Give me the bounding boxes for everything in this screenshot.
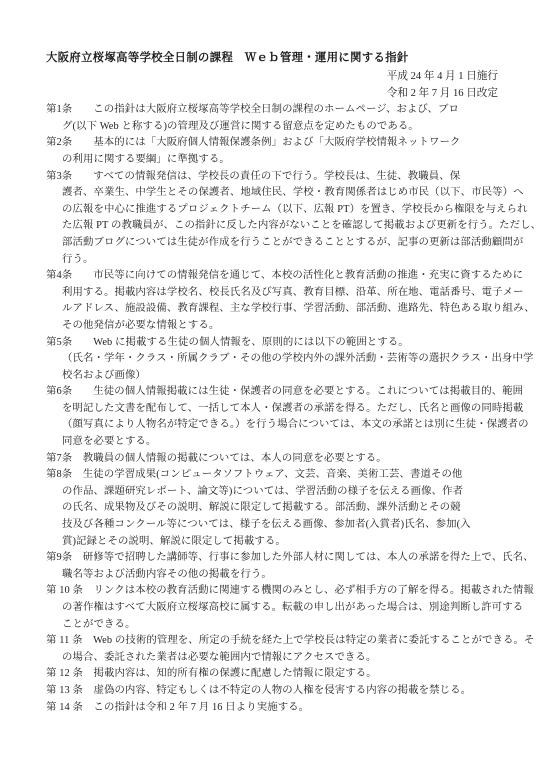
body-line-text: を明記した文書を配布して、一括して本人・保護者の承諾を得る。ただし、氏名と画像の… xyxy=(62,403,523,414)
body-line-text: 職名等および活動内容その他の掲載を行う。 xyxy=(62,569,272,580)
body-line: 第1条 この指針は大阪府立桜塚高等学校全日制の課程のホームページ、および、ブロ xyxy=(46,102,516,119)
body-line-text: 同意を必要とする。 xyxy=(62,436,156,447)
body-line-text: の場合、委託された業者は必要な範囲内で情報にアクセスできる。 xyxy=(62,652,376,663)
body-line-text: 第5条 Web に掲載する生徒の個人情報を、原則的には以下の範囲とする。 xyxy=(46,337,409,348)
body-line: 第 11 条 Web の技術的管理を、所定の手続を経た上で学校長は特定の業者に委… xyxy=(46,633,516,650)
enacted-date: 平成 24 年 4 月 1 日施行 xyxy=(46,69,498,86)
body-line: 第8条 生徒の学習成果(コンピュータソフトウェア、文芸、音楽、美術工芸、書道その… xyxy=(46,467,516,484)
body-line-text: の作品、課題研究レポート、論文等)については、学習活動の様子を伝える画像、作者 xyxy=(62,486,463,497)
body-line: （氏名・学年・クラス・所属クラブ・その他の学校内外の課外活動・芸術等の選択クラス… xyxy=(46,351,516,368)
body-line: 職名等および活動内容その他の掲載を行う。 xyxy=(46,567,516,584)
body-line-text: グ(以下 Web と称する)の管理及び運営に関する留意点を定めたものである。 xyxy=(62,121,419,132)
body-line-text: 部活動ブログについては生徒が作成を行うことができることとするが、記事の更新は部活… xyxy=(62,237,523,248)
body-line: ことができる。 xyxy=(46,617,516,634)
body-line: 同意を必要とする。 xyxy=(46,434,516,451)
body-line-text: 第7条 教職員の個人情報の掲載については、本人の同意を必要とする。 xyxy=(46,453,387,464)
body-line-text: の利用に関する要綱」に準拠する。 xyxy=(62,154,230,165)
body-line: 第2条 基本的には「大阪府個人情報保護条例」および「大阪府学校情報ネットワーク xyxy=(46,135,516,152)
body-line-text: 第6条 生徒の個人情報掲載には生徒・保護者の同意を必要とする。これについては掲載… xyxy=(46,386,523,397)
body-line: の著作権はすべて大阪府立桜塚高校に属する。転載の申し出があった場合は、別途判断し… xyxy=(46,600,516,617)
document-page: 大阪府立桜塚高等学校全日制の課程 Ｗｅｂ管理・運用に関する指針 平成 24 年 … xyxy=(0,0,543,768)
body-line: グ(以下 Web と称する)の管理及び運営に関する留意点を定めたものである。 xyxy=(46,119,516,136)
body-line-text: の著作権はすべて大阪府立桜塚高校に属する。転載の申し出があった場合は、別途判断し… xyxy=(62,602,523,613)
body-line-text: ことができる。 xyxy=(62,619,135,630)
body-line-text: の氏名、成果物及びその説明、解説に限定して掲載する。部活動、課外活動とその競 xyxy=(62,502,461,513)
body-line: の作品、課題研究レポート、論文等)については、学習活動の様子を伝える画像、作者 xyxy=(46,484,516,501)
body-line: 護者、卒業生、中学生とその保護者、地域住民、学校・教育関係者はじめ市民（以下、市… xyxy=(46,185,516,202)
body-line: 第7条 教職員の個人情報の掲載については、本人の同意を必要とする。 xyxy=(46,451,516,468)
body-line-text: 第 12 条 掲載内容は、知的所有権の保護に配慮した情報に限定する。 xyxy=(46,668,377,679)
body-line: 第5条 Web に掲載する生徒の個人情報を、原則的には以下の範囲とする。 xyxy=(46,335,516,352)
body-line-text: （顔写真により人物名が特定できる。）を行う場合については、本文の承諾とは別に生徒… xyxy=(62,419,529,430)
body-line-text: た広報 PT の教職員が、この指針に反した内容がないことを確認して掲載および更新… xyxy=(62,220,541,231)
body-line: 校名および画像） xyxy=(46,368,516,385)
body-line: 技及び各種コンクール等については、様子を伝える画像、参加者(入賞者)氏名、参加(… xyxy=(46,517,516,534)
body-line-text: 賞)記録とその説明、解説に限定して掲載する。 xyxy=(62,536,286,547)
body-line: 部活動ブログについては生徒が作成を行うことができることとするが、記事の更新は部活… xyxy=(46,235,516,252)
body-line: 第 12 条 掲載内容は、知的所有権の保護に配慮した情報に限定する。 xyxy=(46,666,516,683)
body-line-text: 第 13 条 虚偽の内容、特定もしくは不特定の人物の人権を侵害する内容の掲載を禁… xyxy=(46,685,471,696)
body-line-text: （氏名・学年・クラス・所属クラブ・その他の学校内外の課外活動・芸術等の選択クラス… xyxy=(62,353,533,364)
body-line-text: 第 11 条 Web の技術的管理を、所定の手続を経た上で学校長は特定の業者に委… xyxy=(46,635,534,646)
body-line-text: 第3条 すべての情報発信は、学校長の責任の下で行う。学校長は、生徒、教職員、保 xyxy=(46,171,460,182)
body-line-text: その他発信が必要な情報とする。 xyxy=(62,320,219,331)
body-line-text: 護者、卒業生、中学生とその保護者、地域住民、学校・教育関係者はじめ市民（以下、市… xyxy=(62,187,524,198)
body-line-text: 第2条 基本的には「大阪府個人情報保護条例」および「大阪府学校情報ネットワーク xyxy=(46,137,460,148)
date-block: 平成 24 年 4 月 1 日施行 令和 2 年 7 月 16 日改定 xyxy=(46,69,516,102)
body-line-text: 第1条 この指針は大阪府立桜塚高等学校全日制の課程のホームページ、および、ブロ xyxy=(46,104,459,115)
body-line-text: 第 14 条 この指針は令和 2 年 7 月 16 日より実施する。 xyxy=(46,702,309,713)
body-line-text: 技及び各種コンクール等については、様子を伝える画像、参加者(入賞者)氏名、参加(… xyxy=(62,519,471,530)
body-line: 第6条 生徒の個人情報掲載には生徒・保護者の同意を必要とする。これについては掲載… xyxy=(46,384,516,401)
body-line: の氏名、成果物及びその説明、解説に限定して掲載する。部活動、課外活動とその競 xyxy=(46,500,516,517)
body-line: を明記した文書を配布して、一括して本人・保護者の承諾を得る。ただし、氏名と画像の… xyxy=(46,401,516,418)
body-line: 第 14 条 この指針は令和 2 年 7 月 16 日より実施する。 xyxy=(46,700,516,717)
body-line: 第9条 研修等で招聘した講師等、行事に参加した外部人材に関しては、本人の承諾を得… xyxy=(46,550,516,567)
body-line: （顔写真により人物名が特定できる。）を行う場合については、本文の承諾とは別に生徒… xyxy=(46,417,516,434)
body-line-text: 第4条 市民等に向けての情報発信を通じて、本校の活性化と教育活動の推進・充実に資… xyxy=(46,270,523,281)
body-line: 賞)記録とその説明、解説に限定して掲載する。 xyxy=(46,534,516,551)
body-line: その他発信が必要な情報とする。 xyxy=(46,318,516,335)
revised-date: 令和 2 年 7 月 16 日改定 xyxy=(46,86,498,103)
body-line: 第 10 条 リンクは本校の教育活動に関連する機関のみとし、必ず相手方の了解を得… xyxy=(46,583,516,600)
body-line-text: 第9条 研修等で招聘した講師等、行事に参加した外部人材に関しては、本人の承諾を得… xyxy=(46,552,534,563)
body-line: 第3条 すべての情報発信は、学校長の責任の下で行う。学校長は、生徒、教職員、保 xyxy=(46,169,516,186)
body-line-text: 第8条 生徒の学習成果(コンピュータソフトウェア、文芸、音楽、美術工芸、書道その… xyxy=(46,469,462,480)
document-body: 第1条 この指針は大阪府立桜塚高等学校全日制の課程のホームページ、および、ブログ… xyxy=(46,102,516,716)
body-line-text: ルアドレス、施設設備、教育課程、主な学校行事、学習活動、部活動、進路先、特色ある… xyxy=(62,303,535,314)
body-line: の利用に関する要綱」に準拠する。 xyxy=(46,152,516,169)
document-title: 大阪府立桜塚高等学校全日制の課程 Ｗｅｂ管理・運用に関する指針 xyxy=(46,50,516,67)
body-line: 利用する。掲載内容は学校名、校長氏名及び写真、教育目標、沿革、所在地、電話番号、… xyxy=(46,285,516,302)
body-line: 第 13 条 虚偽の内容、特定もしくは不特定の人物の人権を侵害する内容の掲載を禁… xyxy=(46,683,516,700)
body-line: ルアドレス、施設設備、教育課程、主な学校行事、学習活動、部活動、進路先、特色ある… xyxy=(46,301,516,318)
body-line-text: 利用する。掲載内容は学校名、校長氏名及び写真、教育目標、沿革、所在地、電話番号、… xyxy=(62,287,524,298)
body-line: 行う。 xyxy=(46,252,516,269)
body-line: の場合、委託された業者は必要な範囲内で情報にアクセスできる。 xyxy=(46,650,516,667)
body-line: の広報を中心に推進するプロジェクトチーム（以下、広報 PT）を置き、学校長から権… xyxy=(46,202,516,219)
body-line-text: 校名および画像） xyxy=(62,370,146,381)
body-line: 第4条 市民等に向けての情報発信を通じて、本校の活性化と教育活動の推進・充実に資… xyxy=(46,268,516,285)
body-line-text: 行う。 xyxy=(62,254,93,265)
body-line-text: 第 10 条 リンクは本校の教育活動に関連する機関のみとし、必ず相手方の了解を得… xyxy=(46,585,534,596)
body-line: た広報 PT の教職員が、この指針に反した内容がないことを確認して掲載および更新… xyxy=(46,218,516,235)
body-line-text: の広報を中心に推進するプロジェクトチーム（以下、広報 PT）を置き、学校長から権… xyxy=(62,204,528,215)
